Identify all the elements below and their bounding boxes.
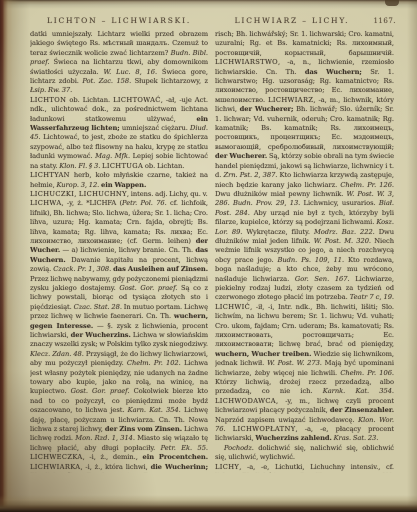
text-segment: , -y, ż. *LICHFA (: [62, 199, 123, 207]
headword: LICHTUGA: [102, 162, 143, 170]
text-segment: ob. Lichtan.: [66, 96, 113, 104]
headword: LICHWODAWCA: [215, 397, 276, 405]
entry-paragraph: LICHTYAN herb, koło młyńskie czarne, tak…: [30, 171, 208, 190]
text-segment: Naprzód zapisem uwiązać lichwodawcę.: [215, 416, 358, 424]
text-segment: Teatr 7 c, 19.: [350, 293, 394, 301]
text-segment: ein Wappen.: [101, 181, 146, 189]
text-column-left: datki umniejszały. Lichtarz wielki przed…: [30, 30, 208, 473]
entry-paragraph: datki umniejszały. Lichtarz wielki przed…: [30, 30, 208, 96]
entry-paragraph: LICHTON ob. Lichtan. LICHTOWAĆ, -ał, -uj…: [30, 96, 208, 171]
text-segment: Chełm. Pr. 102.: [127, 359, 184, 367]
running-head-left: LICHTON – LICHWIARSKI.: [30, 16, 208, 25]
text-segment: Mon. Rzd. 1, 314.: [75, 434, 137, 442]
text-segment: Petr. Pol. 76.: [122, 199, 170, 207]
page-number: 1167.: [373, 17, 396, 25]
text-segment: Czack. Pr. 1, 308.: [53, 265, 113, 273]
text-segment: W. Luc. 8, 16.: [103, 68, 161, 76]
text-segment: , -i, ż., demin.,: [83, 453, 143, 461]
text-segment: die Wucherinn;: [151, 463, 208, 471]
text-segment: Wucherzins zahlend.: [255, 434, 332, 442]
text-segment: der Zinsenzahler.: [330, 406, 394, 414]
text-segment: Gor. Sen. 167.: [295, 275, 355, 283]
headword: LICHWECZKA: [30, 453, 83, 461]
scan-edge-notch: [385, 0, 399, 6]
text-segment: W. Post. W. 273.: [267, 359, 325, 367]
text-segment: risch; Bh. lichwářský; Sr. 1. lichwarski…: [215, 30, 394, 57]
text-segment: Czac. Stat. 28.: [74, 303, 124, 311]
text-segment: Mag. Mfk.: [95, 152, 133, 160]
text-segment: das Ausleihen auf Zinsen.: [113, 265, 208, 273]
text-segment: Kurop. 3, 12.: [56, 181, 101, 189]
text-segment: umniejszać ciężaru.: [120, 124, 190, 132]
text-segment: , -i, ż., która lichwi,: [80, 463, 150, 471]
headword: LICHTYAN: [30, 171, 70, 179]
entry-paragraph: LICHWA, -y, ż. *LICHFA (Petr. Pol. 76. c…: [30, 199, 208, 473]
text-segment: ein Procentchen.: [143, 453, 209, 461]
text-segment: Budn. Ps. 109, 11.: [278, 256, 348, 264]
text-segment: Chełm. Pr. 106.: [340, 369, 394, 377]
entry-paragraph: Pochodz. dolichwić się, nalichwić się, o…: [215, 444, 394, 463]
entry-paragraph: LICHY, -a, -e, Lichutki, Lichuchny inten…: [215, 463, 394, 473]
text-segment: das Wuchern;: [305, 68, 362, 76]
text-segment: Klon. Fl. § 3.: [59, 162, 102, 170]
text-segment: Zrn. Pst. 2, 387.: [223, 171, 279, 179]
text-segment: der Wucherzins.: [71, 331, 131, 339]
text-segment: Wykrętacze, filuty.: [246, 228, 314, 236]
text-segment: Lichwnicy, usurarios.: [304, 199, 379, 207]
text-segment: Chełm. Pr. 126.: [340, 181, 394, 189]
text-segment: , intens. adj. Lichy, qu. v.: [127, 190, 208, 198]
text-segment: Pot. Zac. 158.: [82, 77, 134, 85]
entry-paragraph: LICHUCZKI, LICHUCHNY, intens. adj. Lichy…: [30, 190, 208, 199]
headword: LICHTON: [30, 96, 66, 104]
text-segment: ob. Lichtan.: [143, 162, 184, 170]
headword: LICHWIĆ: [215, 303, 250, 311]
text-segment: Łsip. Rw. 37.: [30, 86, 72, 94]
text-segment: Słupek lichtarzowy, z: [135, 77, 208, 85]
text-segment: Karn. Kat. 354.: [128, 406, 184, 414]
headword: LICHWA: [30, 199, 62, 207]
headword: LICHWIARKA: [30, 463, 80, 471]
headword: LICHWIARSTWO: [215, 58, 278, 66]
text-segment: Bh. lichwařice; Rg. kamatnica; Rs. проце…: [30, 472, 208, 473]
text-segment: Modrz. Baz. 222.: [314, 228, 379, 236]
text-segment: Klecz. Zdan. 48.: [30, 350, 86, 358]
text-segment: Petr. Ek. 55.: [161, 444, 208, 452]
text-segment: Pochodz.: [224, 444, 258, 452]
page-bottom-edge-shadow: [0, 495, 417, 512]
running-head-right: LICHWIARZ – LICHY.: [219, 16, 365, 25]
text-column-right: risch; Bh. lichwářský; Sr. 1. lichwarski…: [215, 30, 394, 473]
text-segment: Gost. Gor. praef.: [71, 387, 134, 395]
text-segment: W. Post. M. 320.: [314, 237, 374, 245]
text-segment: Kras. Sat. 23.: [334, 434, 379, 442]
scanned-book-page: LICHTON – LICHWIARSKI. LICHWIARZ – LICHY…: [0, 0, 417, 512]
text-segment: der Wucherer.: [215, 152, 267, 160]
headword: LICHTOWAĆ: [113, 96, 161, 104]
text-segment: Karnk. Kat. 354.: [323, 387, 394, 395]
text-segment: Dwu dłużników miał pewny lichwnik.: [215, 190, 347, 198]
headword: LICHWOPŁATNY: [233, 425, 296, 433]
text-segment: wuchern, Wucher treiben.: [215, 350, 311, 358]
text-segment: der Zins vom Zinsen.: [105, 425, 182, 433]
text-segment: der Wucherer;: [240, 105, 294, 113]
text-segment: — a) lichwienie, lichwy branie. Cn. Th.: [60, 246, 195, 254]
headword: LICHWIARZ: [268, 96, 313, 104]
text-segment: , -a, -e, Lichutki, Lichuchny intensiv.,…: [215, 463, 394, 473]
entry-paragraph: risch; Bh. lichwářský; Sr. 1. lichwarski…: [215, 30, 394, 444]
text-segment: Gost. Gor. praef.: [119, 284, 181, 292]
headword: LICHY: [215, 463, 239, 471]
headword: LICHUCZKI, LICHUCHNY: [30, 190, 127, 198]
